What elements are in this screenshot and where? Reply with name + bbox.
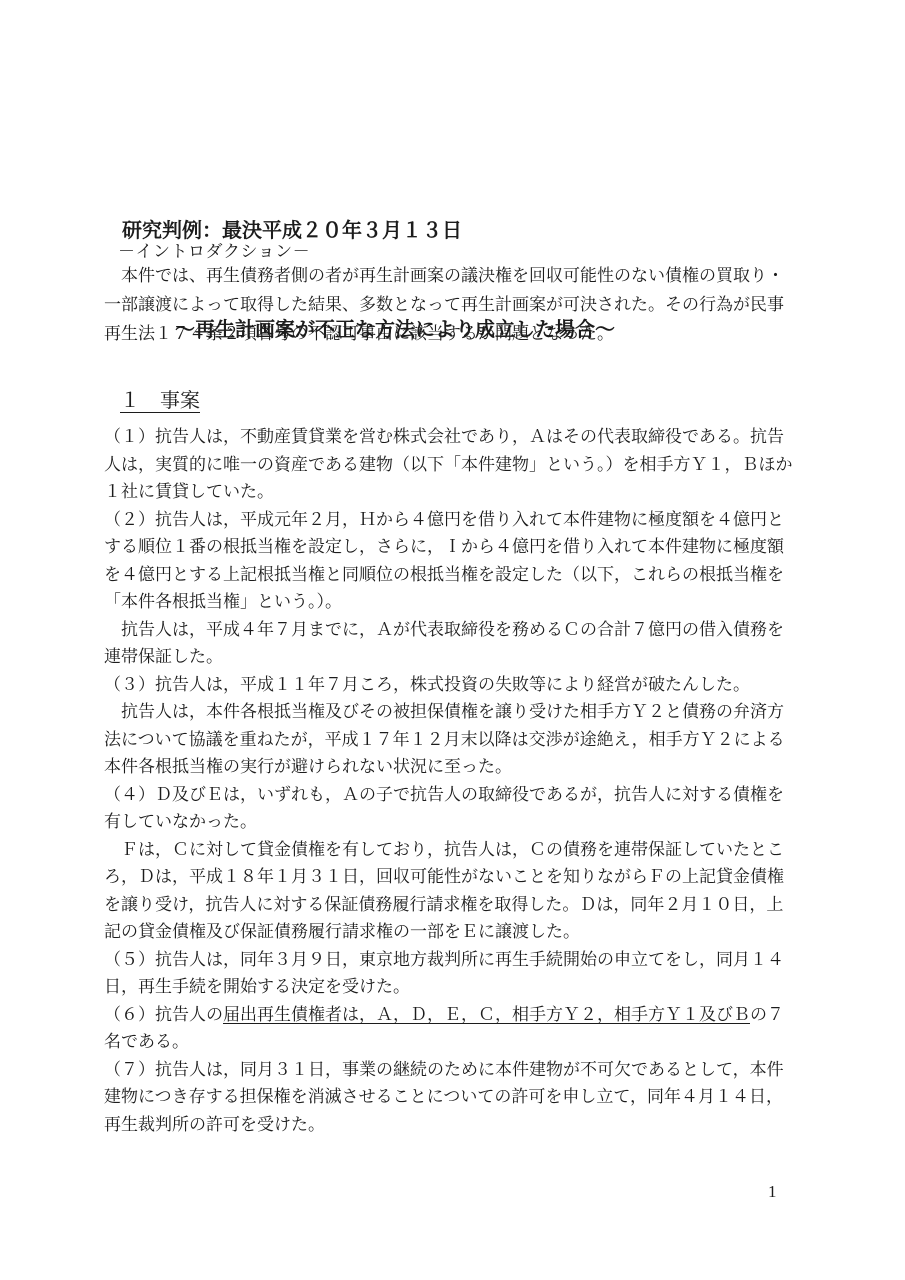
paragraph-6-prefix: （６）抗告人の bbox=[104, 1005, 223, 1024]
paragraph-1: （１）抗告人は，不動産賃貸業を営む株式会社であり，Ａはその代表取締役である。抗告… bbox=[104, 423, 804, 506]
paragraph-6-underlined-text: 届出再生債権者は，Ａ，Ｄ，Ｅ，Ｃ，相手方Ｙ２，相手方Ｙ１及びＢ bbox=[223, 1005, 750, 1024]
paragraph-4: （４）Ｄ及びＥは，いずれも，Ａの子で抗告人の取締役であるが，抗告人に対する債権を… bbox=[104, 781, 804, 836]
paragraph-4-continuation: Ｆは，Ｃに対して貸金債権を有しており，抗告人は，Ｃの債務を連帯保証していたとこ … bbox=[104, 836, 804, 946]
intro-paragraph: 本件では、再生債務者側の者が再生計画案の議決権を回収可能性のない債権の買取り・ … bbox=[104, 261, 804, 348]
page-number: 1 bbox=[768, 1182, 777, 1202]
paragraph-5: （５）抗告人は，同年３月９日，東京地方裁判所に再生手続開始の申立てをし，同月１４… bbox=[104, 946, 804, 1001]
section-1-body: （１）抗告人は，不動産賃貸業を営む株式会社であり，Ａはその代表取締役である。抗告… bbox=[104, 423, 804, 1138]
intro-heading: －イントロダクション－ bbox=[118, 237, 310, 262]
paragraph-2: （２）抗告人は，平成元年２月，Ｈから４億円を借り入れて本件建物に極度額を４億円と… bbox=[104, 506, 804, 616]
paragraph-3-continuation: 抗告人は，本件各根抵当権及びその被担保債権を譲り受けた相手方Ｙ２と債務の弁済方 … bbox=[104, 698, 804, 781]
paragraph-3: （３）抗告人は，平成１１年７月ころ，株式投資の失敗等により経営が破たんした。 bbox=[104, 671, 804, 699]
paragraph-2-continuation: 抗告人は，平成４年７月までに，Ａが代表取締役を務めるＣの合計７億円の借入債務を … bbox=[104, 616, 804, 671]
section-1-heading: １ 事案 bbox=[120, 384, 200, 413]
paragraph-6: （６）抗告人の届出再生債権者は，Ａ，Ｄ，Ｅ，Ｃ，相手方Ｙ２，相手方Ｙ１及びＢの７… bbox=[104, 1001, 804, 1056]
paragraph-7: （７）抗告人は，同月３１日，事業の継続のために本件建物が不可欠であるとして，本件… bbox=[104, 1056, 804, 1139]
